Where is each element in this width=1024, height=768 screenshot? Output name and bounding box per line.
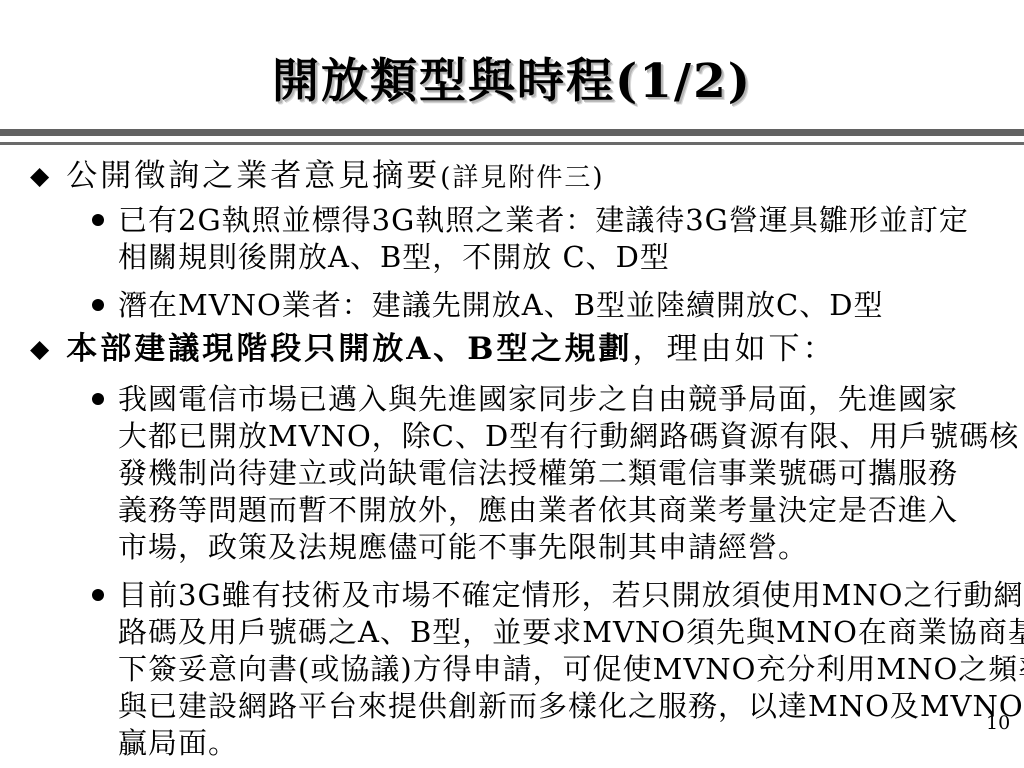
page-title: 開放類型與時程(1/2) [0,44,1024,111]
bullet-text: 本部建議現階段只開放A、B型之規劃，理由如下： [66,329,836,369]
bullet-main-text: 公開徵詢之業者意見摘要 [66,158,440,194]
sub-bullet-text: 潛在MVNO業者：建議先開放A、B型並陸續開放C、D型 [118,287,883,324]
dot-bullet-icon [92,299,104,311]
sub-bullet-market-competition: 我國電信市場已邁入與先進國家同步之自由競爭局面，先進國家 大都已開放MVNO，除… [92,381,1019,566]
bullet-item-consultation-summary: ◆ 公開徵詢之業者意見摘要(詳見附件三) [30,156,605,198]
bullet-rest-text: ，理由如下： [633,331,837,367]
sub-bullet-2g3g-operators: 已有2G執照並標得3G執照之業者：建議待3G營運具雛形並訂定 相關規則後開放A、… [92,202,969,276]
dot-bullet-icon [92,589,104,601]
sub-bullet-text: 已有2G執照並標得3G執照之業者：建議待3G營運具雛形並訂定 相關規則後開放A、… [118,202,969,276]
dot-bullet-icon [92,393,104,405]
bullet-item-ministry-proposal: ◆ 本部建議現階段只開放A、B型之規劃，理由如下： [30,329,837,369]
slide: 開放類型與時程(1/2) ◆ 公開徵詢之業者意見摘要(詳見附件三) 已有2G執照… [0,0,1024,768]
diamond-bullet-icon: ◆ [30,156,49,196]
sub-bullet-text: 目前3G雖有技術及市場不確定情形，若只開放須使用MNO之行動網 路碼及用戶號碼之… [118,577,1024,762]
diamond-bullet-icon: ◆ [30,329,49,369]
bullet-bold-text: 本部建議現階段只開放A、B型之規劃 [66,331,632,367]
title-divider-thin [0,142,1024,145]
bullet-text: 公開徵詢之業者意見摘要(詳見附件三) [66,156,604,198]
dot-bullet-icon [92,214,104,226]
bullet-note-text: (詳見附件三) [440,163,604,193]
sub-bullet-potential-mvno: 潛在MVNO業者：建議先開放A、B型並陸續開放C、D型 [92,287,883,324]
sub-bullet-3g-uncertainty: 目前3G雖有技術及市場不確定情形，若只開放須使用MNO之行動網 路碼及用戶號碼之… [92,577,1024,762]
title-divider-thick [0,129,1024,136]
sub-bullet-text: 我國電信市場已邁入與先進國家同步之自由競爭局面，先進國家 大都已開放MVNO，除… [118,381,1019,566]
page-number: 10 [986,712,1010,734]
